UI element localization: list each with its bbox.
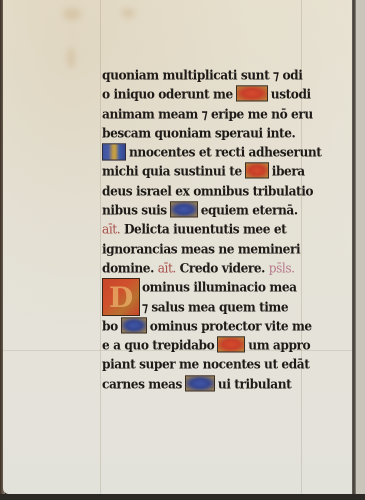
line-text: ui tribulant bbox=[218, 376, 291, 391]
text-line-15: e a quo trepidaboum appro bbox=[102, 335, 302, 356]
red-initial-D bbox=[217, 336, 245, 352]
line-text: um appro bbox=[248, 338, 310, 353]
text-line-7: deus israel ex omnibus tribulatio bbox=[102, 181, 302, 202]
rubric-antiphon: aīt. bbox=[102, 222, 120, 237]
line-text: Credo videre. bbox=[180, 260, 265, 275]
adjacent-leaf-edge bbox=[356, 0, 365, 500]
line-text: ⁊ salus mea quem time bbox=[142, 299, 288, 314]
text-line-17: carnes measui tribulant bbox=[102, 374, 302, 395]
text-line-16: piant super me nocentes ut edāt bbox=[102, 355, 302, 376]
line-text: nibus suis bbox=[102, 202, 167, 217]
line-text: bo bbox=[102, 318, 118, 333]
line-text: ustodi bbox=[271, 87, 311, 102]
foxing-stain bbox=[63, 8, 81, 20]
text-line-14: boominus protector vite me bbox=[102, 316, 302, 337]
text-line-10: ignorancias meas ne memineri bbox=[102, 239, 302, 260]
text-block: quoniam multiplicati sunt ⁊ odi o iniquo… bbox=[102, 66, 302, 394]
text-line-5: nnocentes et recti adheserunt bbox=[102, 142, 302, 163]
text-line-3: animam meam ⁊ eripe me nō eru bbox=[102, 104, 302, 125]
text-line-1: quoniam multiplicati sunt ⁊ odi bbox=[102, 65, 302, 86]
line-text: equiem eternā. bbox=[201, 202, 298, 217]
red-line-filler bbox=[236, 86, 268, 102]
blue-initial-D bbox=[121, 317, 147, 333]
line-text: bescam quoniam speraui inte. bbox=[102, 125, 295, 140]
line-text: deus israel ex omnibus tribulatio bbox=[102, 183, 313, 198]
blue-initial-Q bbox=[185, 375, 215, 391]
text-line-6: michi quia sustinui teibera bbox=[102, 162, 302, 183]
line-text: ignorancias meas ne memineri bbox=[102, 241, 300, 256]
line-text: animam meam ⁊ eripe me nō eru bbox=[102, 106, 313, 121]
line-text: quoniam multiplicati sunt ⁊ odi bbox=[102, 67, 302, 82]
line-text: o iniquo oderunt me bbox=[102, 87, 233, 102]
text-line-13: ⁊ salus mea quem time bbox=[102, 297, 302, 318]
large-initial-section: D ominus illuminacio mea ⁊ salus mea que… bbox=[102, 278, 302, 317]
line-text: nnocentes et recti adheserunt bbox=[129, 145, 321, 160]
line-text: ominus illuminacio mea bbox=[142, 280, 297, 295]
line-text: domine. bbox=[102, 260, 154, 275]
rubric-antiphon: aīt. bbox=[158, 260, 176, 275]
foxing-stain bbox=[67, 48, 75, 68]
line-text: ibera bbox=[272, 164, 305, 179]
text-line-11: domine. aīt. Credo videre. ps̄ls. bbox=[102, 258, 302, 279]
blue-initial-I bbox=[102, 143, 126, 160]
red-initial-L bbox=[245, 163, 269, 179]
text-line-12: ominus illuminacio mea bbox=[102, 277, 302, 298]
blue-initial-R bbox=[170, 201, 198, 217]
line-text: ominus protector vite me bbox=[150, 318, 312, 333]
foxing-stain bbox=[121, 8, 135, 18]
line-text: michi quia sustinui te bbox=[102, 164, 242, 179]
line-text: piant super me nocentes ut edāt bbox=[102, 357, 309, 372]
page-bottom-edge bbox=[0, 494, 365, 500]
text-line-4: bescam quoniam speraui inte. bbox=[102, 123, 302, 144]
text-line-2: o iniquo oderunt meustodi bbox=[102, 85, 302, 106]
rubric-psalmus: ps̄ls. bbox=[269, 260, 295, 275]
text-line-8: nibus suisequiem eternā. bbox=[102, 200, 302, 221]
text-line-9: aīt. Delicta iuuentutis mee et bbox=[102, 220, 302, 241]
ruling-line-left bbox=[100, 0, 101, 494]
line-text: e a quo trepidabo bbox=[102, 338, 214, 353]
line-text: carnes meas bbox=[102, 376, 182, 391]
line-text: Delicta iuuentutis mee et bbox=[124, 222, 286, 237]
